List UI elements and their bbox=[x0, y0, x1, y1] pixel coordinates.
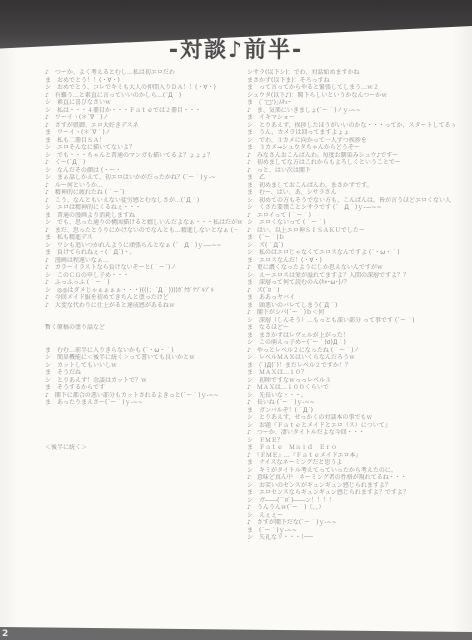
text-line: シ えぇぇー bbox=[247, 512, 469, 520]
text-line: ま イキマショー bbox=[247, 114, 469, 122]
text-line: ま 負けてられねぇ・(｀Д´)・。 bbox=[45, 249, 247, 257]
text-line: ♪ つーか、よく考えるとむし…私は初エロだわ bbox=[45, 69, 247, 77]
text-line: ま (ﾟ)Д(ﾟ)！まだレベル２ですか！？ bbox=[247, 362, 469, 370]
text-line: シ とりあえず！余談はカットで？ｗ bbox=[45, 377, 247, 385]
text-line: ま 普通の漫画より消耗しますね bbox=[45, 212, 247, 220]
text-line: ♪ 初めましてな方はこれからもよろしくということでー bbox=[247, 159, 469, 167]
text-line: シ レベルＭＡＸはいくらなんだろうｗ bbox=[247, 354, 469, 362]
text-line: ♪ はい、以上エロ神ＳＩＳＡＫＵでしたー bbox=[247, 227, 469, 235]
text-line: ま あったりまえさー(´ー｀)ｙ-~~ bbox=[45, 399, 247, 407]
text-line: シ ＦＭＥ？ bbox=[247, 437, 469, 445]
text-line: シ ガ――(´ﾟﾛﾟ)――ン！！！！ bbox=[247, 497, 469, 505]
text-line bbox=[45, 317, 247, 325]
text-line: シ お笑いのセンスがギュンギュン感じられますよ？ bbox=[247, 482, 469, 490]
text-line: ま うん、カメラは回ってますよょょ bbox=[247, 129, 469, 137]
text-line: ♪ 漫画は程遠いなぁ… bbox=[45, 257, 247, 265]
text-line: シ カットしてもいいしｗ bbox=[45, 362, 247, 370]
text-line: ま 私も精進デス bbox=[45, 234, 247, 242]
text-line: ま そうだね bbox=[45, 369, 247, 377]
text-line: ま むむ…前半に入りきらないかも (´・ω・｀) bbox=[45, 347, 247, 355]
text-line: ♪ うんうんｗ(´ー｀)（、、） bbox=[247, 504, 469, 512]
text-line: シ エロは精神的にくるねぇ・・・ bbox=[45, 204, 247, 212]
text-line: 暫く原稿の塗り話など bbox=[45, 324, 247, 332]
text-line: ま 私も二冊目ＳＡ！ bbox=[45, 137, 247, 145]
text-line: シ まぁ話しかえて、初エロはいかがだったかね？(´ー｀)ｙ-~ bbox=[45, 174, 247, 182]
text-line bbox=[45, 407, 247, 415]
text-line: シ ワシも追いつかれんように頑張らんとなぁ (´ Д｀)ｙ-—~~ bbox=[45, 242, 247, 250]
text-line: ♪ さすが姐御、エロ大好きデスネ bbox=[45, 122, 247, 130]
text-line: ♪ つーか、凄いタイトルだよな今回・・・ bbox=[247, 429, 469, 437]
text-line: ま エロスなんだ！(・∀・) bbox=[247, 257, 469, 265]
text-line: ま そうするからです bbox=[45, 384, 247, 392]
text-line bbox=[45, 339, 247, 347]
text-line: シ でも、思った通りの構図描けると嬉しいんだよなぁ・・・私はだがｗ bbox=[45, 219, 247, 227]
text-line: ♪ っと、はい次は閣下 bbox=[247, 167, 469, 175]
text-line: シ エロそんなに描いてないよ？ bbox=[45, 144, 247, 152]
text-line: ♪ 閣下がシパ(´ー｀)ｂ＜何 bbox=[247, 309, 469, 317]
text-line: ♪ 有難う…と素直に言っていいのかしら…(´Д｀) bbox=[45, 92, 247, 100]
text-line: まさかず(以下ま)：そろっすね bbox=[247, 77, 469, 85]
text-line: シ とりあえず、挨拶したほうがいいのかな・・・ってか、スタートしてるぅ bbox=[247, 122, 469, 130]
text-line: シ えーエロスは愛が溢れてますよ？人間の深層ですよ？？ bbox=[247, 272, 469, 280]
text-line: ま まさかずはレヴェルが上がった！ bbox=[247, 332, 469, 340]
text-line: シ ◎◎はダメじゃぁぁぁぁ・・・((((；´Д｀))))ｶﾞｸｶﾞｸﾌﾞﾙﾌﾞﾙ bbox=[45, 287, 247, 295]
text-line bbox=[45, 414, 247, 422]
text-line bbox=[45, 332, 247, 340]
text-line: シ とりあえず、せっかくの対談本の事でもｗ bbox=[247, 414, 469, 422]
text-line: シ エロくないって (｀ー｀) bbox=[247, 219, 469, 227]
text-line: ♪ やっとレベル２になったね (｀ー｀)ノ bbox=[247, 347, 469, 355]
text-line: ま むー、はい、あ、シサラさん bbox=[247, 189, 469, 197]
text-line: シ 深層（しんそう）…もっとも深い部分 って事です (´ー｀) bbox=[247, 317, 469, 325]
text-line: ま 初めましておこんばんわ、まさかずです。 bbox=[247, 182, 469, 190]
text-line: シ 初陣ですなｗっっレベル３ bbox=[247, 377, 469, 385]
text-line: ＜後半に続く＞ bbox=[45, 444, 247, 452]
text-line bbox=[45, 429, 247, 437]
text-line: ♪ みなさんおこんばんわ。毎度お馴染みシュウ♪ですー bbox=[247, 152, 469, 160]
text-line: シ 私のはエロじゃなくてエロスなんですよ (´・ω・｀) bbox=[247, 249, 469, 257]
text-line: ま なるほどー bbox=[247, 324, 469, 332]
text-line: ♪ ワーイヽ(＊´∇｀)ノ bbox=[45, 114, 247, 122]
text-line: ♪ ズ(´ﾛ｀) bbox=[247, 287, 469, 295]
text-line: ま ナイスなネーミングだと思うよ bbox=[247, 459, 469, 467]
text-line: シ なんだその顔は (・ー・ bbox=[45, 167, 247, 175]
page-title: -対談♪前半- bbox=[0, 33, 472, 64]
text-line: シュウタ(以下♪)：閣下らしいというかなんつーかｗ bbox=[247, 92, 469, 100]
text-line: シ 素直に喜びなさいｗ bbox=[45, 99, 247, 107]
text-line bbox=[45, 422, 247, 430]
text-line: ♪ 大変な代わりに仕上がると達成感があるねｗ bbox=[45, 302, 247, 310]
dialogue-column-left: ♪ つーか、よく考えるとむし…私は初エロだわま おめでとう！！(・∀・)シ おめ… bbox=[45, 69, 247, 452]
text-line: ♪ こう、なんともいえない徒労感とむなしさが…(´Д｀) bbox=[45, 197, 247, 205]
text-line: シ 私は・・・４冊目か・・・Ｆａｔｅでは２冊目・・・ bbox=[45, 107, 247, 115]
text-line: ♪ 長いね (´ー｀)ｙ-~~ bbox=[247, 399, 469, 407]
text-line: ♪ ルー何というか… bbox=[45, 182, 247, 190]
text-line: ま ああっヤバイ bbox=[247, 294, 469, 302]
text-line: シ おめでとう、コレでキミも大人の仲間入りＤＡ！！(・∀・) bbox=[45, 84, 247, 92]
text-line: ま (´ー｀)ｙ-~~ bbox=[247, 527, 469, 535]
text-line: シ 初めての方もそうでない方も、こんばんは。皆が言うほどエロくない人 bbox=[247, 197, 469, 205]
text-line: ♪ カラーイラストなら負けないぞーと(｀ー´)ノ bbox=[45, 264, 247, 272]
text-line: ♪ さすが閣下だな(´ー｀)ｙ-~~ bbox=[247, 519, 469, 527]
text-line: シ キミがタイトル考えてっていったから考えたのに。 bbox=[247, 467, 469, 475]
text-line: ♪ 『ＦＭＥ』…『Ｆａｔｅメイドエロ本』 bbox=[247, 452, 469, 460]
text-line: ♪ エロイって (｀ー｀) bbox=[247, 212, 469, 220]
text-line: シサラ(以下シ)：でわ、対話始めますかね bbox=[247, 69, 469, 77]
text-line: ♪ ふっふっふ (｀ー｀) bbox=[45, 279, 247, 287]
text-line: ま ３カメ→シュウタちゃんからどうぞー bbox=[247, 144, 469, 152]
text-line: シ このＣＧの申し子め・・・ bbox=[45, 272, 247, 280]
text-line: シ この萌えっ子めー(´ー｀)σ)Д｀) bbox=[247, 339, 469, 347]
text-line: ま エロセンスならギュンギュン感じられますよ？ですよ？ bbox=[247, 489, 469, 497]
page-number: 2 bbox=[2, 629, 8, 639]
text-line: ♪ 今回メイド服を初めてきちんと塗ったけど bbox=[45, 294, 247, 302]
text-line: ♪ 精神的に疲れたね (｀ー´) bbox=[45, 189, 247, 197]
text-line: ま って言ってからやると緊張してしまう…ｗ２ bbox=[247, 84, 469, 92]
text-line: ♪ 閣下に都合の悪い部分もカットされるよきっと(´ー｀)ｙ-~~ bbox=[45, 392, 247, 400]
text-line: シ お題『Ｆａｔｅとメイドとエロ（ス）について』 bbox=[247, 422, 469, 430]
text-line: ま おめでとう！！(・∀・) bbox=[45, 77, 247, 85]
text-line: ♪ ＭＡＸは…１００くらいで bbox=[247, 384, 469, 392]
text-line: シ くさた要領ことシサラです (´ Д｀)ｙ-—~~ bbox=[247, 204, 469, 212]
text-line bbox=[45, 309, 247, 317]
text-line: ま Ｆａｔｅ Ｍａｉｄ Ｅｒｏ bbox=[247, 444, 469, 452]
text-line: ♪ ま、気楽にいきましょ(´ー｀)ノｙ-~~ bbox=[247, 107, 469, 115]
text-line bbox=[45, 437, 247, 445]
text-line: ま (´ー｀)ｂ bbox=[247, 234, 469, 242]
scanned-page: -対談♪前半- ♪ つーか、よく考えるとむし…私は初エロだわま おめでとう！！(… bbox=[0, 0, 472, 640]
text-line: ♪ くー(´Д｀) bbox=[45, 159, 247, 167]
bottom-scan-border bbox=[0, 626, 472, 640]
text-line: ♪ 更に濃くなったようにしか思えないんですがｗ bbox=[247, 264, 469, 272]
text-line: ま ＭＡＸは…１０？ bbox=[247, 369, 469, 377]
text-line: シ 先長いな・・・。 bbox=[247, 392, 469, 400]
text-line: ♪ 意味ど真ん中 ネーミング者の性格が現れてるね・・・ bbox=[247, 474, 469, 482]
text-line: ま ワーイヽ(＊´∇｀)ノ bbox=[45, 129, 247, 137]
text-line: シ でも・・・ちゃんと普通のマンガも描いてるよ？ょょょ？ bbox=[45, 152, 247, 160]
text-line: シ でわ、３カメに向かって一人ずつ挨拶を bbox=[247, 137, 469, 145]
text-line: ま 乙 bbox=[247, 174, 469, 182]
text-line: ♪ まだ、思ったとうりにかけないのでなんとも…精進しないとなぁ (－ bbox=[45, 227, 247, 235]
text-line: ま 頭悪いのバレてしまう(´Д｀) bbox=[247, 302, 469, 310]
text-line: ま ガンバルぞ！(｀Д´) bbox=[247, 407, 469, 415]
text-line: シ 簡単機能に＜後半に続く＞って書いても良いかとｗ bbox=[45, 354, 247, 362]
text-line: ま (ﾟ‘□‘)｣ﾑｷｭｰ bbox=[247, 99, 469, 107]
text-line: シ ズ(｀Д´) bbox=[247, 242, 469, 250]
dialogue-column-right: シサラ(以下シ)：でわ、対話始めますかねまさかず(以下ま)：そろっすねま って言… bbox=[247, 69, 469, 542]
text-line: シ 失礼なリ・・・（ｰｰｰ bbox=[247, 534, 469, 542]
text-line: ま 深層って何て読むのん(ｷｬ･ω･)ﾉ？ bbox=[247, 279, 469, 287]
